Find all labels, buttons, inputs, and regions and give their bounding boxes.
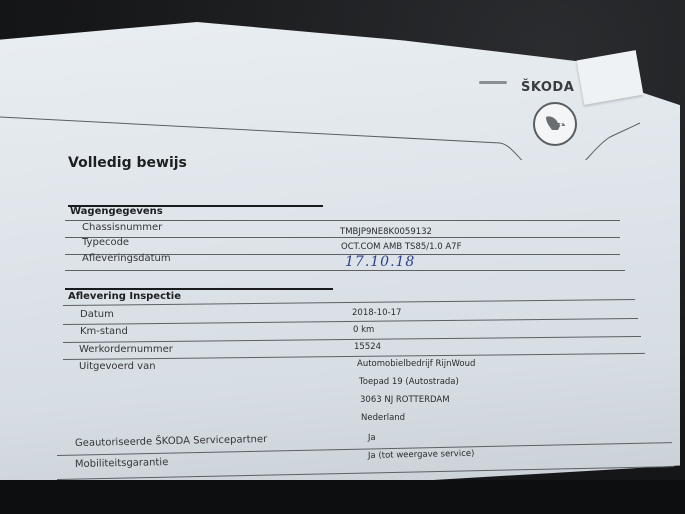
value-uitgevoerd-van-line-4: Nederland — [361, 413, 405, 423]
section-title-aflevering-inspectie: Aflevering Inspectie — [68, 291, 181, 302]
value-chassisnummer: TMBJP9NE8K0059132 — [340, 227, 432, 237]
header-divider — [0, 100, 685, 160]
value-typecode: OCT.COM AMB TS85/1.0 A7F — [341, 242, 461, 252]
row-divider — [65, 270, 625, 271]
value-uitgevoerd-van-line-2: Toepad 19 (Autostrada) — [359, 377, 459, 387]
skoda-winged-arrow-icon — [533, 102, 577, 146]
label-typecode: Typecode — [82, 237, 129, 248]
value-uitgevoerd-van-line-1: Automobielbedrijf RijnWoud — [357, 359, 475, 369]
value-uitgevoerd-van-line-3: 3063 NJ ROTTERDAM — [360, 395, 450, 405]
background-edge — [0, 480, 685, 514]
decorative-dash — [479, 81, 507, 84]
label-chassisnummer: Chassisnummer — [82, 222, 162, 233]
label-afleveringsdatum: Afleveringsdatum — [82, 253, 171, 264]
label-uitgevoerd-van: Uitgevoerd van — [79, 361, 156, 372]
label-datum: Datum — [80, 309, 114, 320]
label-mobiliteitsgarantie: Mobiliteitsgarantie — [75, 457, 169, 470]
value-km-stand: 0 km — [353, 325, 374, 335]
value-datum: 2018-10-17 — [352, 308, 401, 318]
section-divider — [65, 288, 333, 290]
value-servicepartner: Ja — [368, 433, 376, 443]
document-title: Volledig bewijs — [68, 155, 187, 171]
row-divider — [65, 220, 620, 221]
row-divider — [65, 237, 620, 238]
label-werkordernummer: Werkordernummer — [79, 344, 173, 355]
handwritten-afleveringsdatum: 17.10.18 — [345, 254, 415, 270]
value-werkordernummer: 15524 — [354, 342, 381, 352]
section-title-wagengegevens: Wagengegevens — [70, 206, 163, 217]
brand-wordmark: ŠKODA — [521, 80, 574, 95]
label-km-stand: Km-stand — [80, 326, 128, 337]
